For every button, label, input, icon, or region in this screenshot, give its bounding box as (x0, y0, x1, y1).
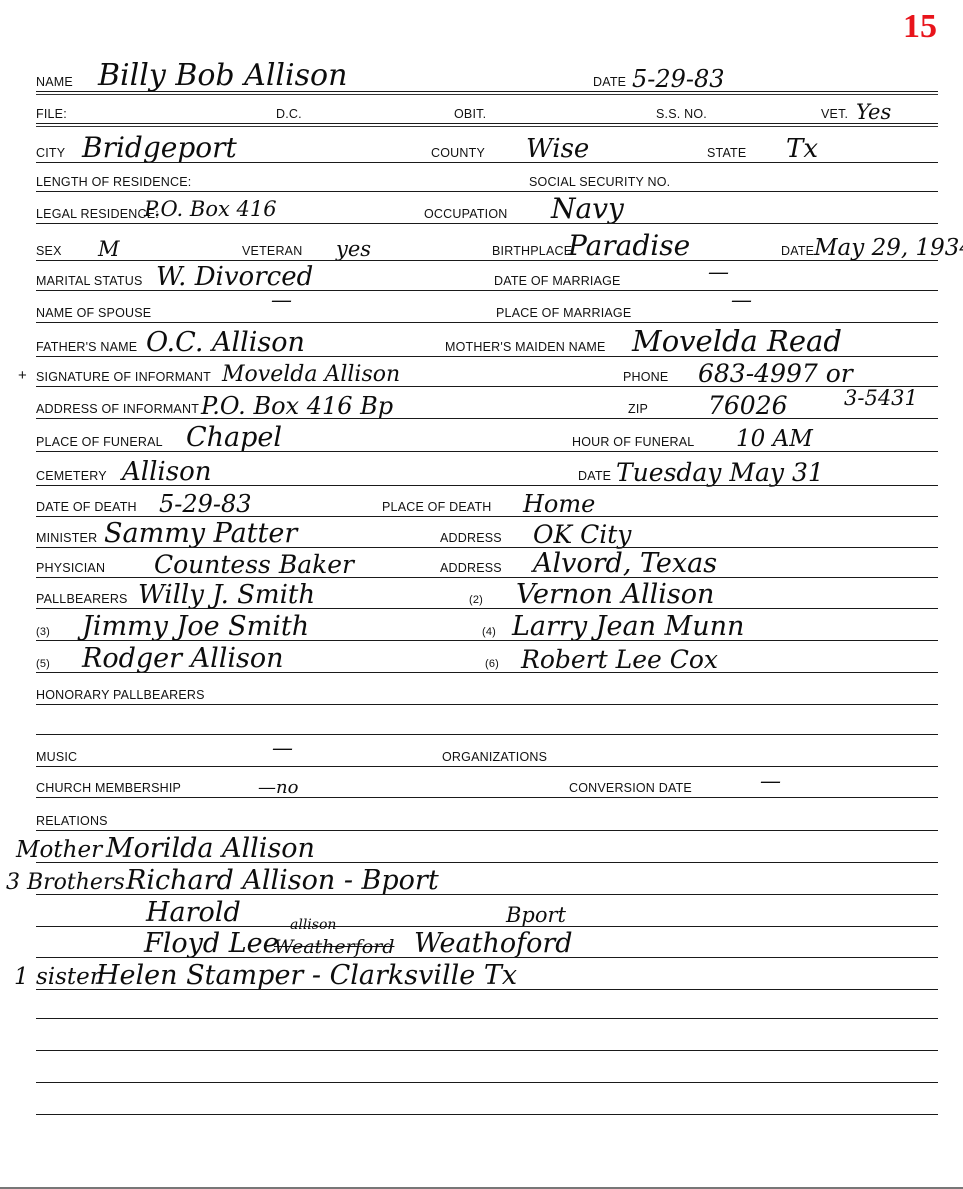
dc-label: D.C. (276, 107, 302, 121)
zip-extra-value: 3-5431 (844, 388, 918, 409)
conversion-date-value: — (760, 771, 781, 792)
page-number: 15 (903, 8, 937, 46)
date-of-marriage-value: — (708, 262, 729, 283)
vet-label: VET. (821, 107, 848, 121)
divider (36, 1114, 938, 1115)
place-of-marriage-value: — (731, 290, 752, 311)
ss-no-label: S.S. NO. (656, 107, 707, 121)
plus-mark: + (18, 367, 27, 384)
occupation-value: Navy (551, 195, 624, 223)
legal-residence-value: P.O. Box 416 (144, 199, 277, 220)
legal-residence-label: LEGAL RESIDENCE: (36, 207, 159, 221)
occupation-label: OCCUPATION (424, 207, 507, 221)
music-value: — (272, 738, 293, 759)
vet-value: Yes (856, 102, 891, 123)
file-label: FILE: (36, 107, 67, 121)
row-file: FILE: D.C. OBIT. S.S. NO. VET. Yes (36, 84, 938, 124)
row-legal-residence: LEGAL RESIDENCE: P.O. Box 416 OCCUPATION… (36, 184, 938, 224)
name-of-spouse-value: — (271, 290, 292, 311)
blank-line (36, 1075, 938, 1115)
obit-label: OBIT. (454, 107, 486, 121)
relation-insert: allison (290, 918, 336, 932)
